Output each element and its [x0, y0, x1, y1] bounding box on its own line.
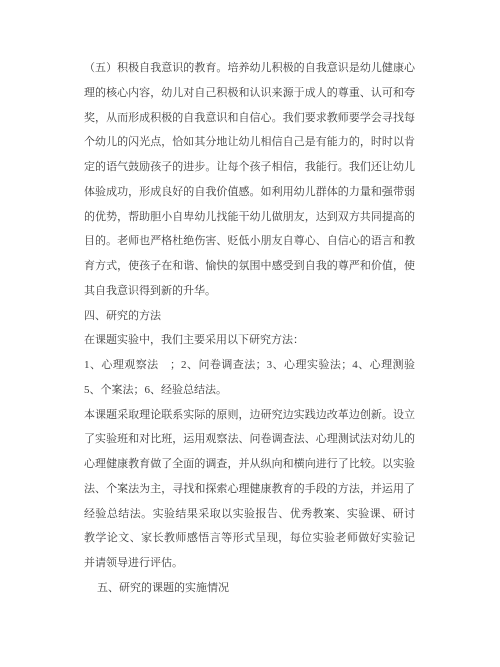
text-line: 奖，从而形成积极的自我意识和自信心。我们要求教师要学会寻找每 — [84, 106, 415, 131]
text-line: 定的语气鼓励孩子的进步。让每个孩子相信，我能行。我们还让幼儿 — [84, 155, 415, 180]
text-line: 的优势，帮助胆小自卑幼儿找能干幼儿做朋友，达到双方共同提高的 — [84, 205, 415, 230]
text-line: 育方式，使孩子在和谐、愉快的氛围中感受到自我的尊严和价值，使 — [84, 254, 415, 279]
document-page: （五）积极自我意识的教育。培养幼儿积极的自我意识是幼儿健康心理的核心内容，幼儿对… — [0, 0, 500, 667]
heading-line: 五、研究的课题的实施情况 — [84, 576, 415, 601]
text-line: 并请领导进行评估。 — [84, 551, 415, 576]
text-line: 其自我意识得到新的升华。 — [84, 279, 415, 304]
text-line: 目的。老师也严格杜绝伤害、贬低小朋友自尊心、自信心的语言和教 — [84, 229, 415, 254]
text-line: 本课题采取理论联系实际的原则，边研究边实践边改革边创新。设立 — [84, 403, 415, 428]
text-line: 理的核心内容，幼儿对自己积极和认识来源于成人的尊重、认可和夸 — [84, 81, 415, 106]
text-line: 经验总结法。实验结果采取以实验报告、优秀教案、实验课、研讨会、 — [84, 502, 415, 527]
text-line: 了实验班和对比班，运用观察法、问卷调查法、心理测试法对幼儿的 — [84, 427, 415, 452]
text-line: 法、个案法为主，寻找和探索心理健康教育的手段的方法，并运用了 — [84, 477, 415, 502]
text-line: 5、个案法；6、经验总结法。 — [84, 378, 415, 403]
text-line: 1、心理观察法 ；2、问卷调查法；3、心理实验法；4、心理测验法； — [84, 353, 415, 378]
text-line: 体验成功，形成良好的自我价值感。如利用幼儿群体的力量和强带弱 — [84, 180, 415, 205]
text-line: 教学论文、家长教师感悟言等形式呈现，每位实验老师做好实验记录， — [84, 526, 415, 551]
text-line: 个幼儿的闪光点，恰如其分地让幼儿相信自己是有能力的，时时以肯 — [84, 130, 415, 155]
text-line: 心理健康教育做了全面的调查，并从纵向和横向进行了比较。以实验 — [84, 452, 415, 477]
text-line: （五）积极自我意识的教育。培养幼儿积极的自我意识是幼儿健康心 — [84, 56, 415, 81]
text-line: 在课题实验中，我们主要采用以下研究方法： — [84, 328, 415, 353]
document-text-block: （五）积极自我意识的教育。培养幼儿积极的自我意识是幼儿健康心理的核心内容，幼儿对… — [84, 56, 415, 601]
heading-line: 四、研究的方法 — [84, 304, 415, 329]
